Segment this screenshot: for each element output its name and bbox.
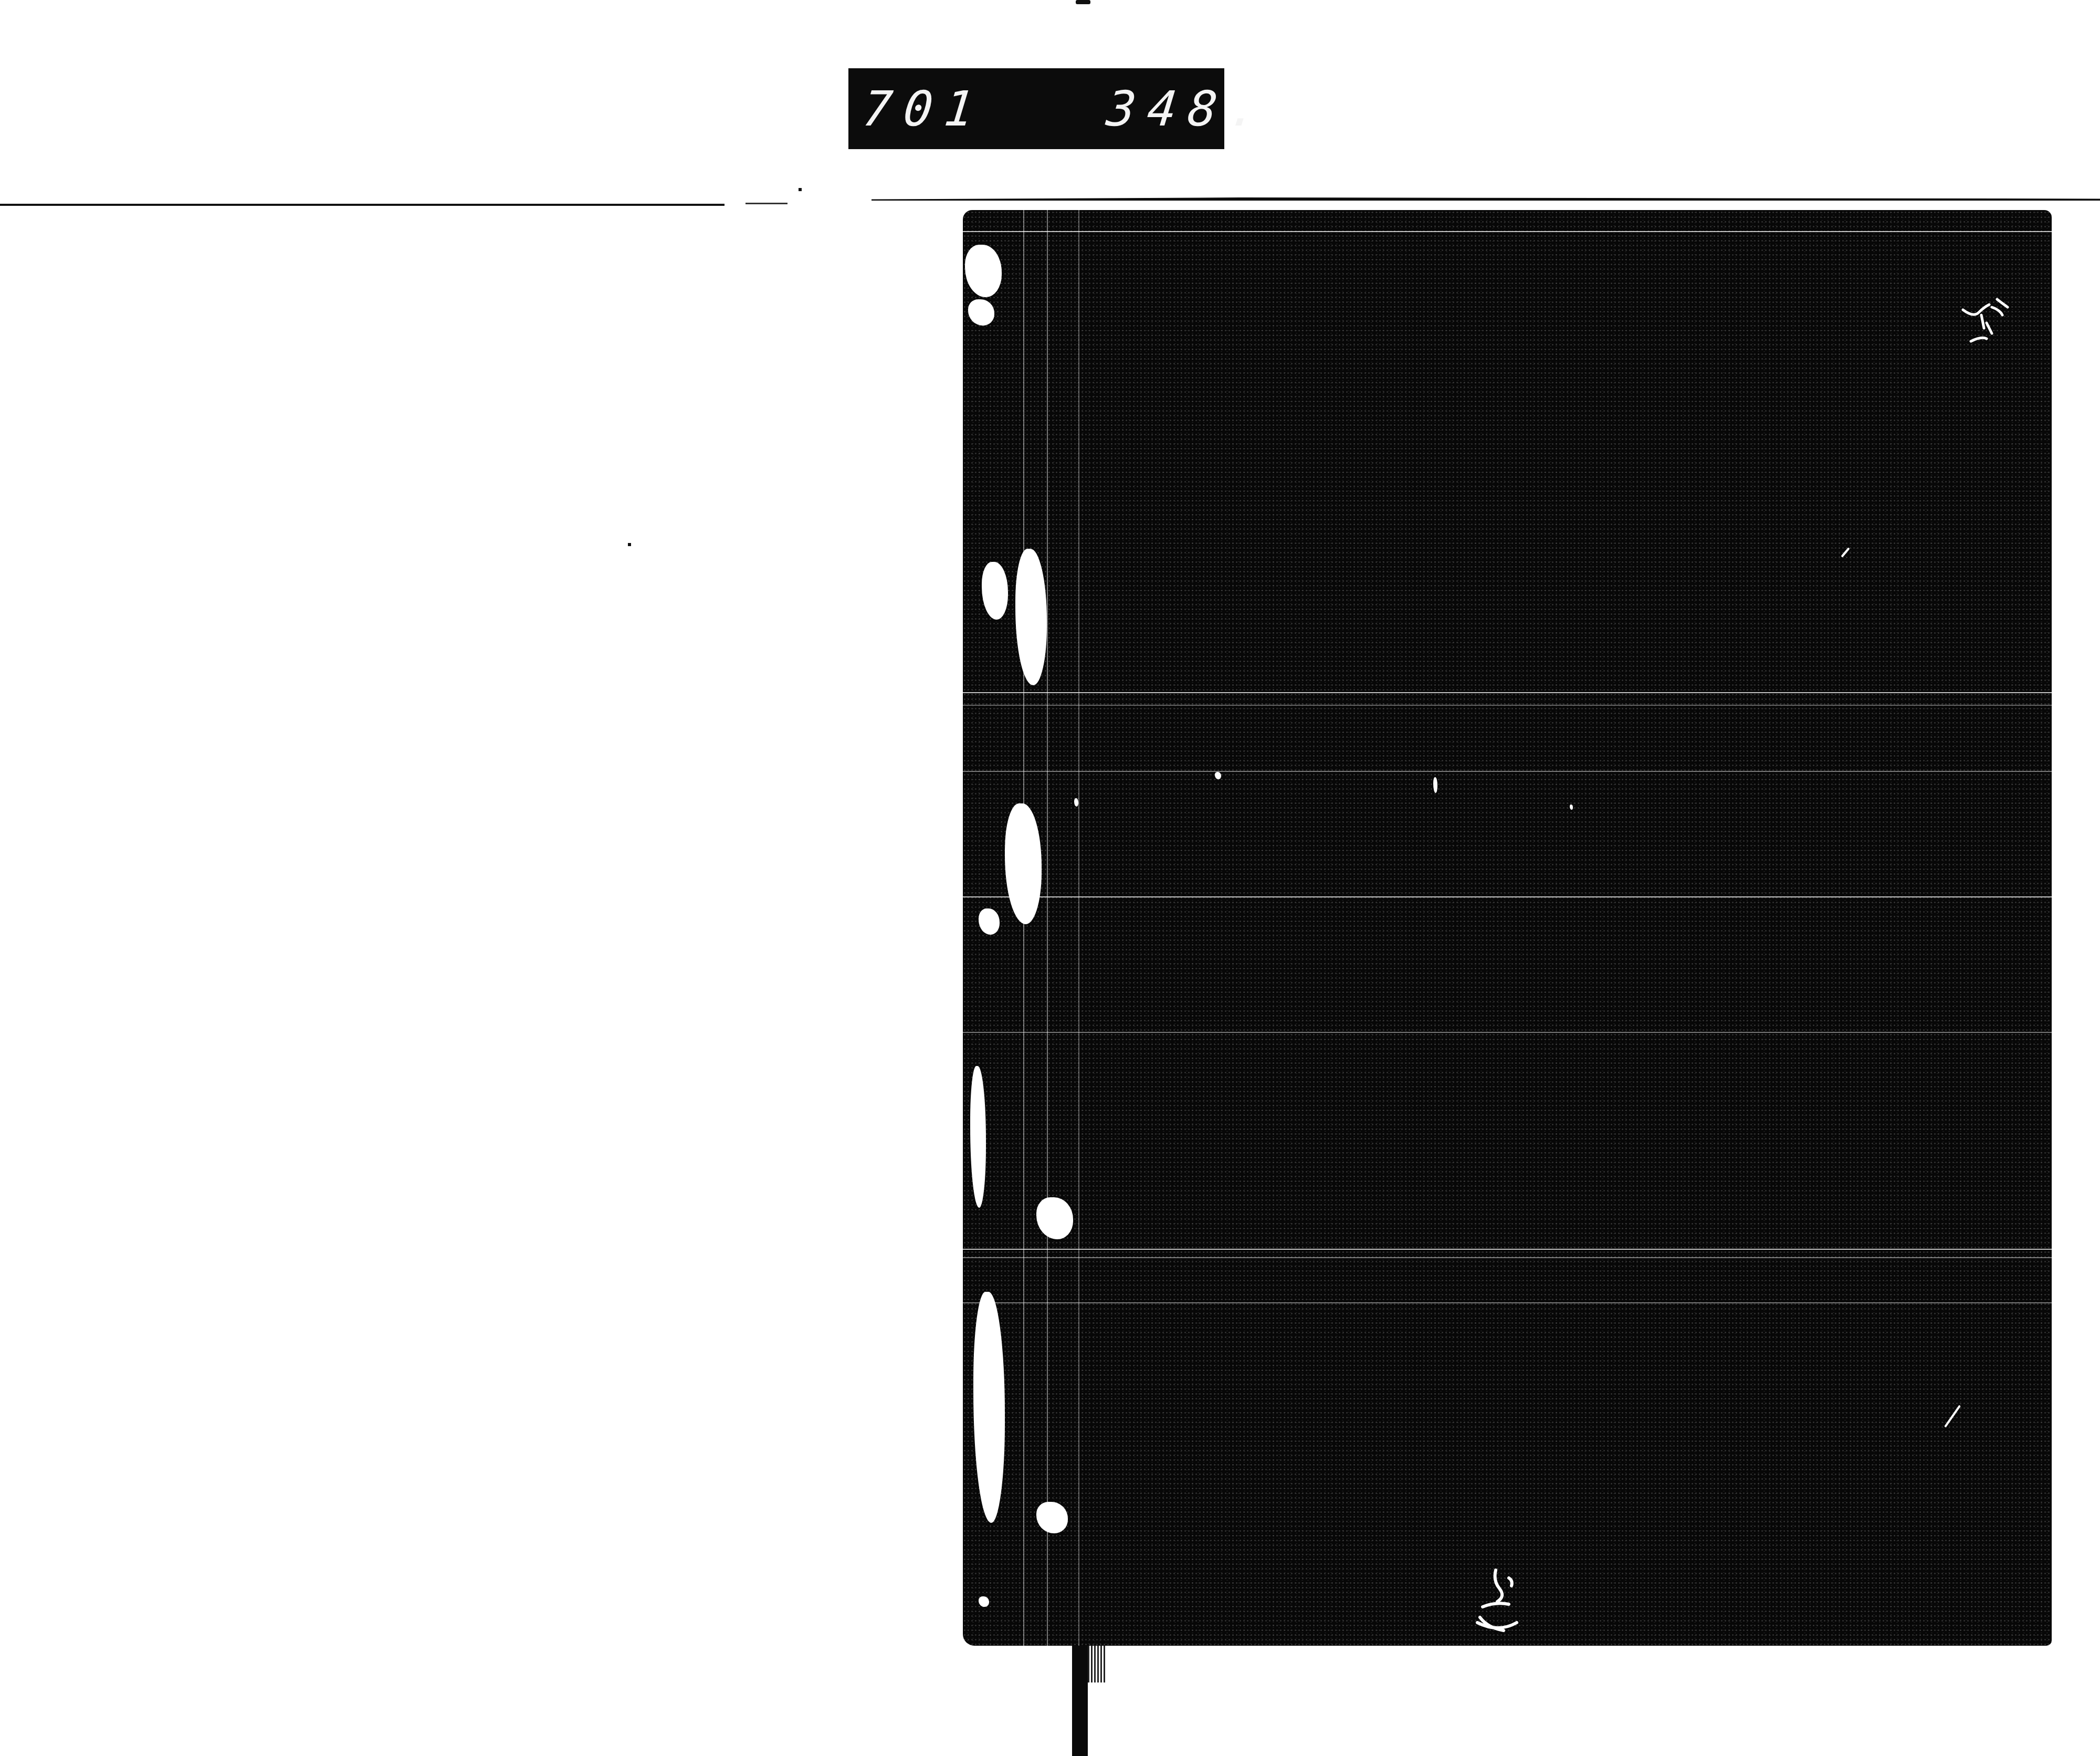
top-speck — [1076, 0, 1090, 4]
scan-line — [963, 705, 2052, 706]
frame-number-label: 701 348. — [848, 68, 1224, 149]
scratch — [1841, 547, 1850, 557]
wear-patch — [979, 1596, 989, 1607]
scan-line — [963, 1032, 2052, 1033]
scan-line — [963, 231, 2052, 232]
scratch — [1944, 1405, 1961, 1427]
scan-line — [963, 1257, 2052, 1258]
speck — [1433, 777, 1437, 793]
scan-line — [963, 896, 2052, 897]
scan-line — [963, 692, 2052, 693]
corner-damage-mark — [1960, 294, 2018, 352]
book-cover — [963, 210, 2052, 1646]
scan-edge-line-left — [0, 204, 724, 206]
bottom-damage-mark — [1467, 1565, 1535, 1644]
speck — [1215, 772, 1221, 779]
scan-frame: 701 348. — [0, 0, 2100, 1756]
scan-edge-line-right — [871, 197, 2100, 201]
ribbon-fray — [1088, 1646, 1107, 1682]
speck — [1074, 798, 1078, 807]
speck — [628, 543, 631, 546]
scan-line — [963, 771, 2052, 772]
frame-number-text: 701 348. — [860, 81, 1272, 137]
scan-line — [963, 1249, 2052, 1250]
bookmark-ribbon — [1072, 1646, 1088, 1756]
scan-line — [963, 1302, 2052, 1303]
spine-crease — [1023, 210, 1024, 1646]
speck — [1570, 804, 1573, 810]
spine-crease — [1047, 210, 1048, 1646]
speck — [799, 188, 802, 191]
scan-edge-dash — [745, 203, 787, 204]
